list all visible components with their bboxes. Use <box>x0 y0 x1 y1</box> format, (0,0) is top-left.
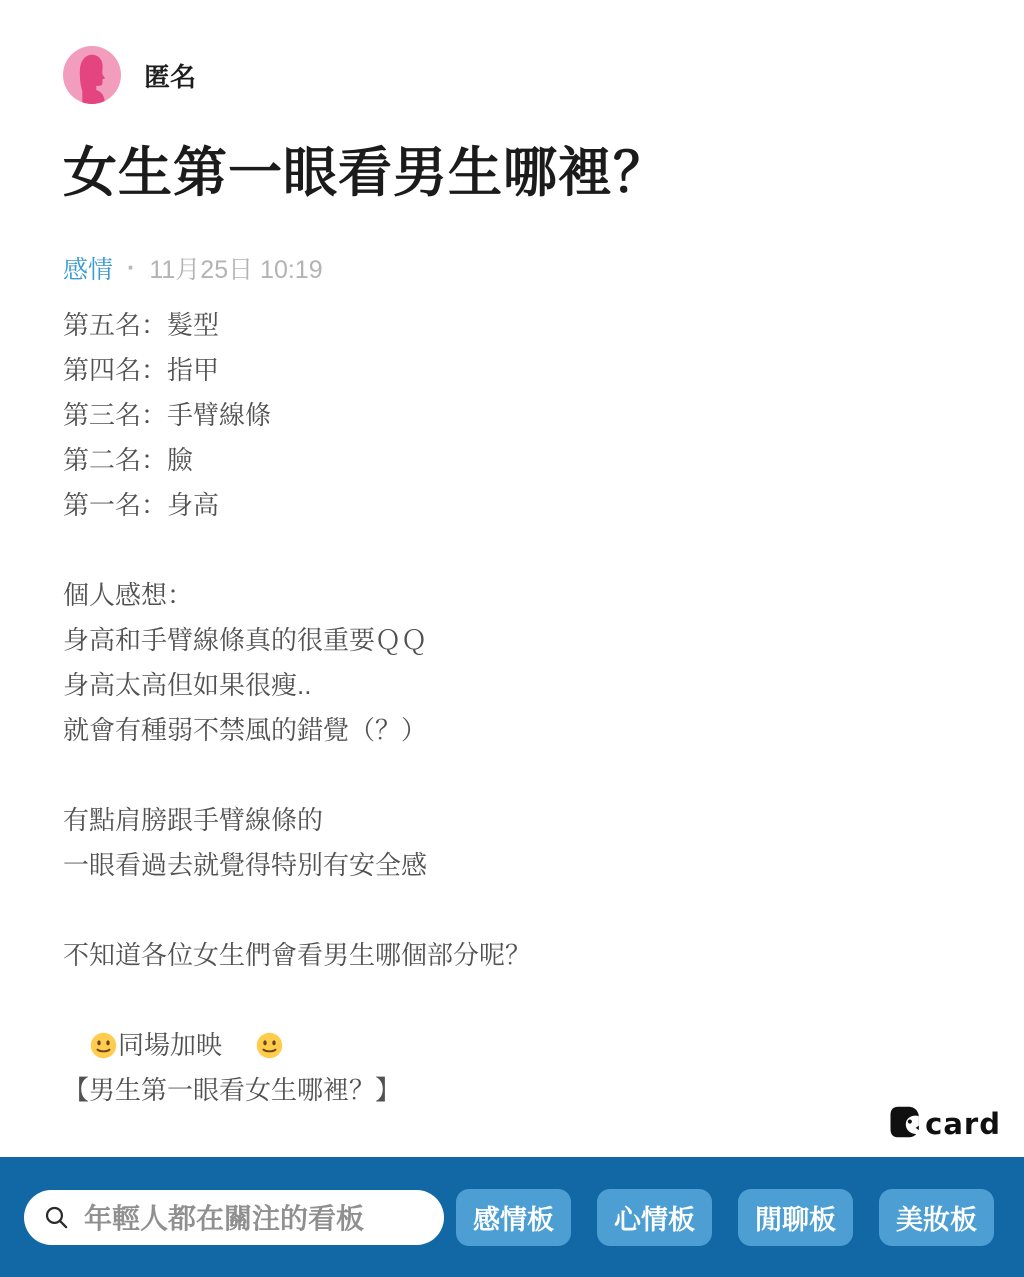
post-meta: 感情 · 11月25日 10:19 <box>63 250 323 286</box>
post-body-line <box>63 888 988 933</box>
post-title: 女生第一眼看男生哪裡？ <box>63 140 668 206</box>
category-link[interactable]: 感情 <box>63 250 113 286</box>
board-buttons: 感情板心情板閒聊板美妝板 <box>456 1189 994 1246</box>
post-body-line: 第四名：指甲 <box>63 348 988 393</box>
post-body-line: 第五名：髮型 <box>63 303 988 348</box>
dcard-logo-icon <box>886 1104 922 1140</box>
post-body: 第五名：髮型第四名：指甲第三名：手臂線條第二名：臉第一名：身高 個人感想：身高和… <box>63 303 988 1113</box>
post-body-line: 有點肩膀跟手臂線條的 <box>63 798 988 843</box>
post-body-line: 身高太高但如果很瘦.. <box>63 663 988 708</box>
post-body-line <box>63 528 988 573</box>
meta-separator: · <box>127 254 135 283</box>
post-body-line: 就會有種弱不禁風的錯覺（？） <box>63 708 988 753</box>
search-placeholder: 年輕人都在關注的看板 <box>84 1197 364 1237</box>
female-silhouette-icon <box>63 46 121 104</box>
post-body-line <box>63 753 988 798</box>
post-body-line: 第三名：手臂線條 <box>63 393 988 438</box>
board-button[interactable]: 美妝板 <box>879 1189 994 1246</box>
post-body-line: 個人感想： <box>63 573 988 618</box>
footer-bar: 年輕人都在關注的看板 感情板心情板閒聊板美妝板 <box>0 1157 1024 1277</box>
board-button[interactable]: 心情板 <box>597 1189 712 1246</box>
author-name: 匿名 <box>144 57 196 94</box>
board-button[interactable]: 閒聊板 <box>738 1189 853 1246</box>
slightly-smiling-emoji <box>256 1032 283 1059</box>
post-body-line: 同場加映 <box>63 1023 988 1068</box>
anonymous-avatar[interactable] <box>63 46 121 104</box>
post-body-line: 第二名：臉 <box>63 438 988 483</box>
post-body-line: 不知道各位女生們會看男生哪個部分呢？ <box>63 933 988 978</box>
post-body-line: 身高和手臂線條真的很重要ＱＱ <box>63 618 988 663</box>
slightly-smiling-emoji <box>90 1032 117 1059</box>
post-timestamp: 11月25日 10:19 <box>149 250 322 286</box>
search-box[interactable]: 年輕人都在關注的看板 <box>24 1190 444 1245</box>
post-body-line: 第一名：身高 <box>63 483 988 528</box>
search-icon <box>43 1204 70 1231</box>
post-body-line <box>63 978 988 1023</box>
board-button[interactable]: 感情板 <box>456 1189 571 1246</box>
post-author-row: 匿名 <box>63 46 196 104</box>
dcard-logo: card <box>886 1104 1001 1140</box>
post-body-line: 一眼看過去就覺得特別有安全感 <box>63 843 988 888</box>
dcard-post-page: 匿名 女生第一眼看男生哪裡？ 感情 · 11月25日 10:19 第五名：髮型第… <box>0 0 1024 1277</box>
dcard-logo-text: card <box>925 1110 1001 1139</box>
post-body-line: 【男生第一眼看女生哪裡？】 <box>63 1068 988 1113</box>
